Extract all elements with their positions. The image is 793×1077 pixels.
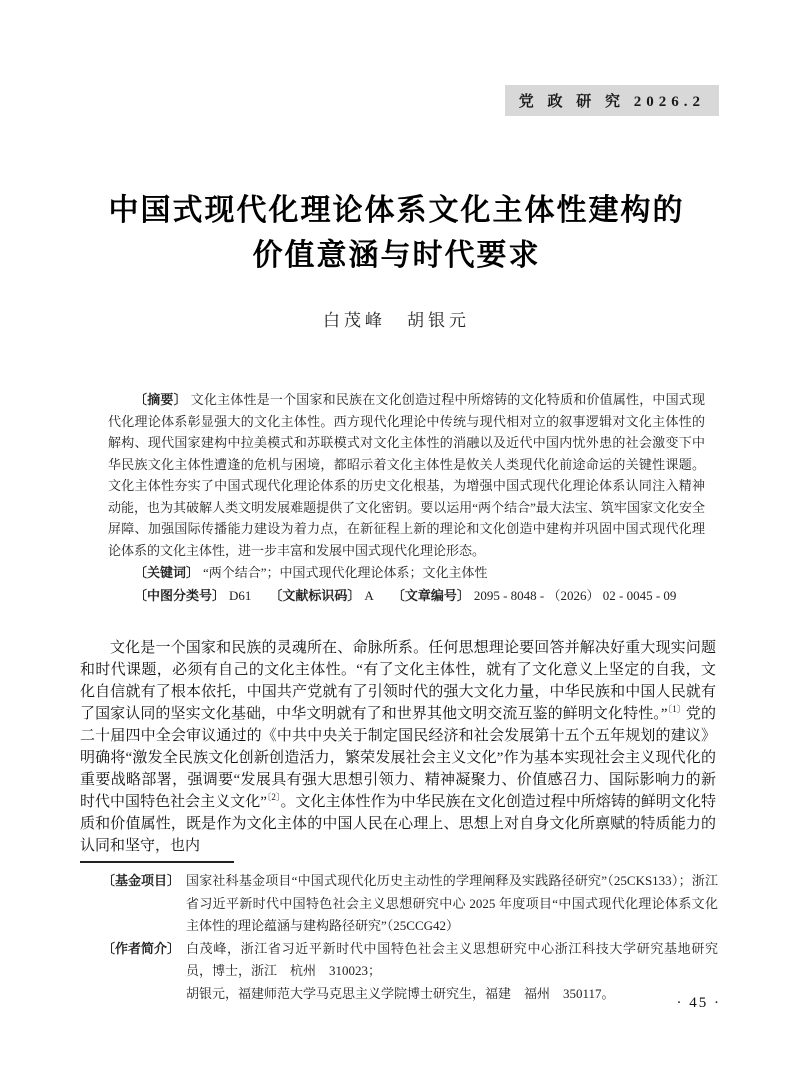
citation-ref-1: 〔1〕	[668, 704, 686, 714]
footnote-divider	[80, 861, 234, 863]
body-segment-1: 文化是一个国家和民族的灵魂所在、命脉所系。任何思想理论要回答并解决好重大现实问题…	[80, 640, 716, 722]
clc-label: 〔中图分类号〕	[134, 588, 225, 603]
article-id-label: 〔文章编号〕	[392, 588, 470, 603]
doc-code-value: A	[364, 588, 373, 603]
article-title-line2: 价值意涵与时代要求	[0, 233, 793, 278]
article-title-line1: 中国式现代化理论体系文化主体性建构的	[0, 188, 793, 233]
abstract: 〔摘要〕文化主体性是一个国家和民族在文化创造过程中所熔铸的文化特质和价值属性，中…	[108, 389, 705, 561]
author-bio-label: 〔作者简介〕	[102, 938, 180, 961]
abstract-text: 文化主体性是一个国家和民族在文化创造过程中所熔铸的文化特质和价值属性，中国式现代…	[108, 392, 705, 558]
authors: 白茂峰 胡银元	[0, 306, 793, 331]
body-paragraph: 文化是一个国家和民族的灵魂所在、命脉所系。任何思想理论要回答并解决好重大现实问题…	[80, 637, 716, 857]
classification-line: 〔中图分类号〕D61〔文献标识码〕A〔文章编号〕2095 - 8048 - （2…	[108, 585, 705, 607]
author-bio-line1: 白茂峰，浙江省习近平新时代中国特色社会主义思想研究中心浙江科技大学研究基地研究员…	[186, 938, 718, 983]
article-meta: 〔摘要〕文化主体性是一个国家和民族在文化创造过程中所熔铸的文化特质和价值属性，中…	[108, 389, 705, 606]
doc-code-label: 〔文献标识码〕	[269, 588, 360, 603]
journal-page: 党 政 研 究 2026.2 中国式现代化理论体系文化主体性建构的 价值意涵与时…	[0, 0, 793, 1077]
author-bio-text: 白茂峰，浙江省习近平新时代中国特色社会主义思想研究中心浙江科技大学研究基地研究员…	[186, 938, 718, 1006]
clc-item: 〔中图分类号〕D61	[134, 588, 251, 603]
citation-ref-2: 〔2〕	[267, 792, 281, 802]
journal-header-badge: 党 政 研 究 2026.2	[505, 85, 719, 116]
doc-code-item: 〔文献标识码〕A	[269, 588, 373, 603]
keywords-text: “两个结合”；中国式现代化理论体系；文化主体性	[203, 565, 488, 580]
article-id-item: 〔文章编号〕2095 - 8048 - （2026） 02 - 0045 - 0…	[392, 588, 677, 603]
keywords-label: 〔关键词〕	[134, 565, 199, 580]
journal-name-issue: 党 政 研 究 2026.2	[519, 94, 705, 110]
fund-project-text: 国家社科基金项目“中国式现代化历史主动性的学理阐释及实践路径研究”（25CKS1…	[186, 870, 718, 938]
abstract-label: 〔摘要〕	[134, 392, 187, 407]
page-number: · 45 ·	[677, 995, 722, 1012]
keywords: 〔关键词〕“两个结合”；中国式现代化理论体系；文化主体性	[108, 562, 705, 584]
article-id-value: 2095 - 8048 - （2026） 02 - 0045 - 09	[474, 588, 677, 603]
clc-value: D61	[229, 588, 251, 603]
footnotes: 〔基金项目〕 国家社科基金项目“中国式现代化历史主动性的学理阐释及实践路径研究”…	[102, 870, 718, 1005]
author-bio-line2: 胡银元，福建师范大学马克思主义学院博士研究生，福建 福州 350117。	[186, 983, 718, 1006]
article-title: 中国式现代化理论体系文化主体性建构的 价值意涵与时代要求	[0, 188, 793, 278]
author-bio-entry: 〔作者简介〕 白茂峰，浙江省习近平新时代中国特色社会主义思想研究中心浙江科技大学…	[102, 938, 718, 1006]
fund-project-entry: 〔基金项目〕 国家社科基金项目“中国式现代化历史主动性的学理阐释及实践路径研究”…	[102, 870, 718, 938]
fund-project-label: 〔基金项目〕	[102, 870, 180, 893]
